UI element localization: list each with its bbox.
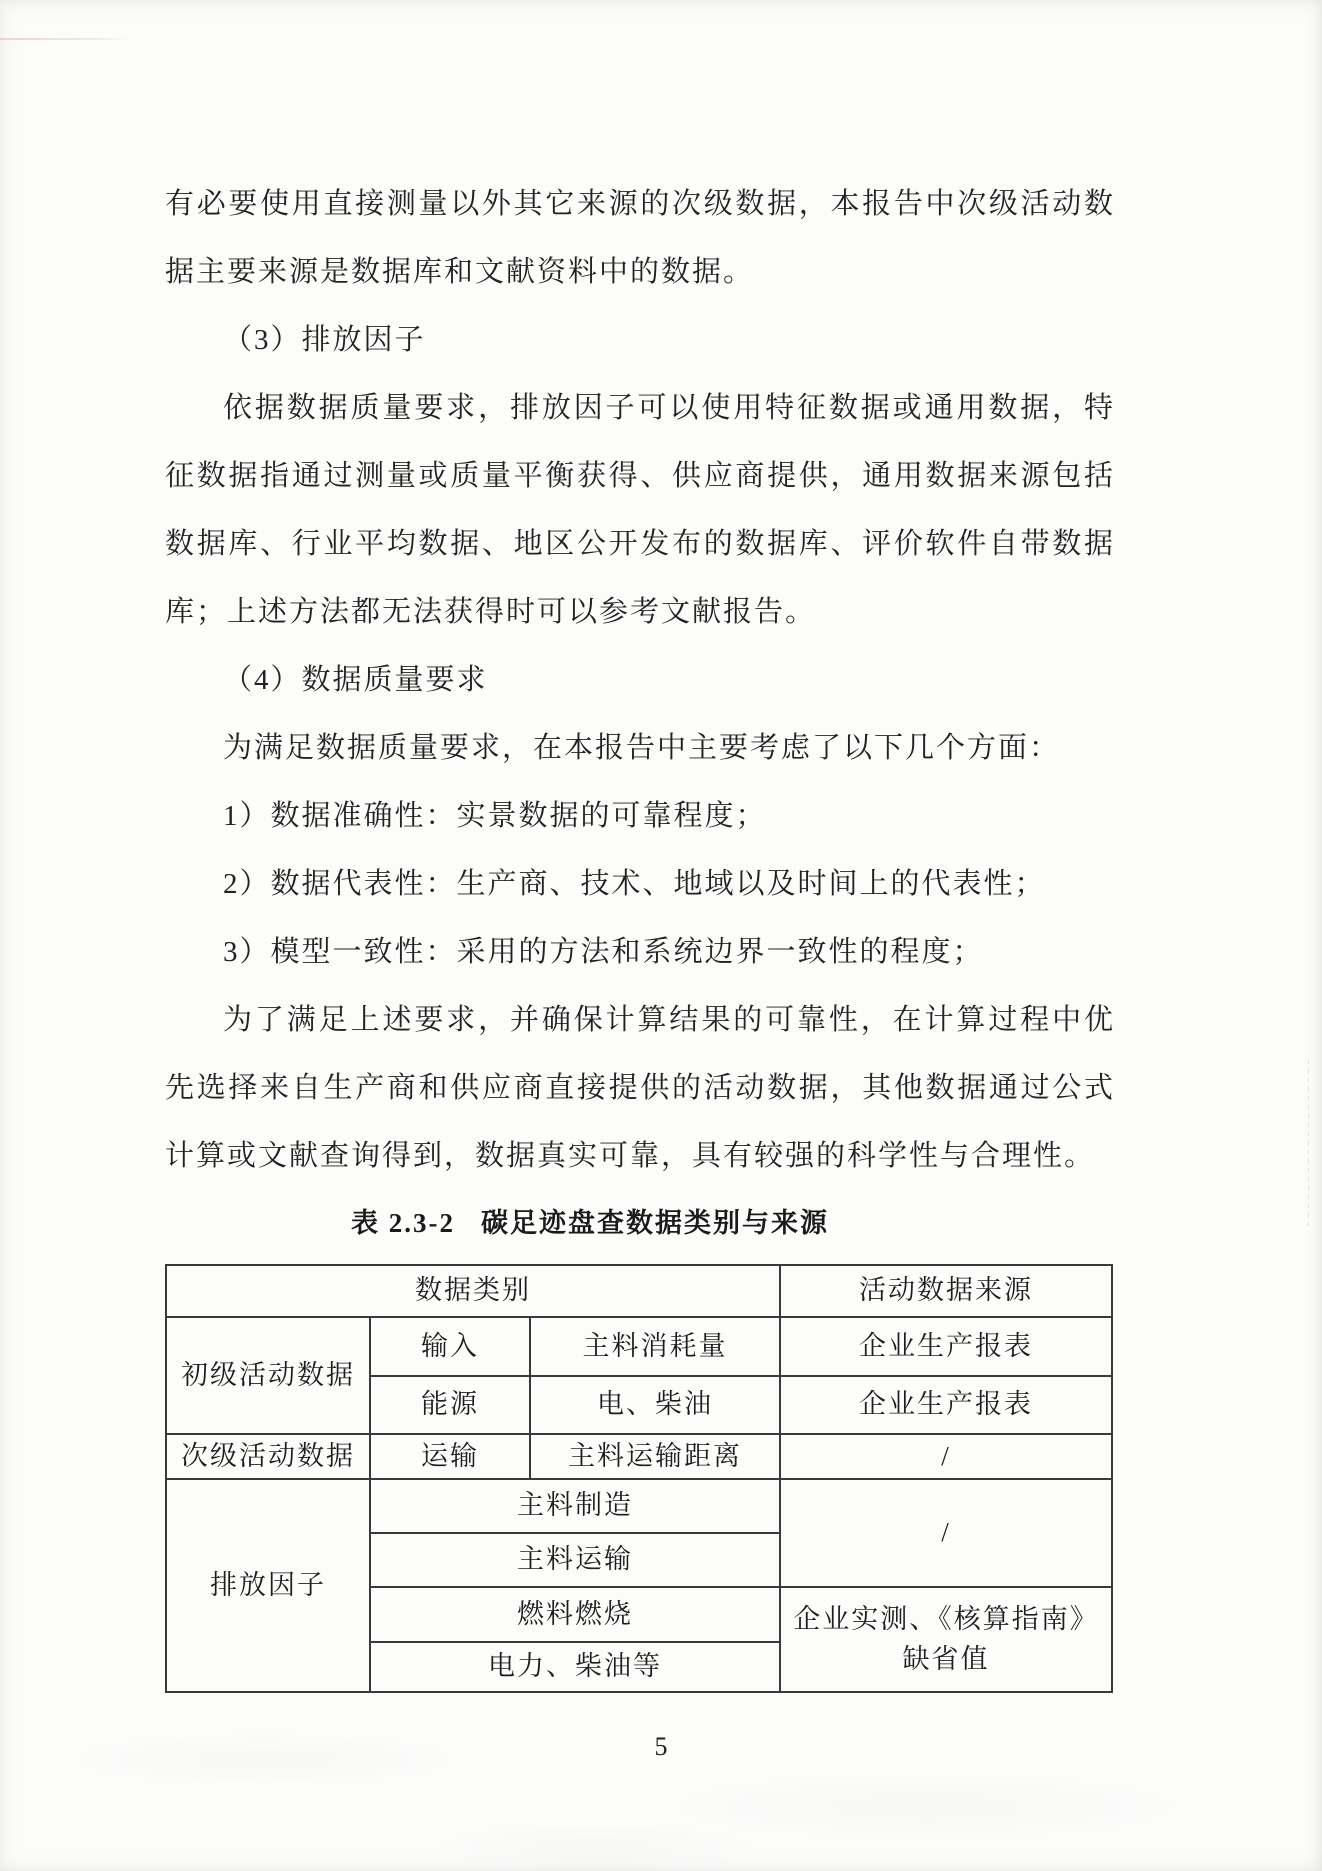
cell-secondary-activity-label: 次级活动数据 [166, 1434, 370, 1479]
scan-artifact-line [0, 38, 128, 40]
cell-transport-item: 主料运输距离 [530, 1434, 780, 1479]
cell-transport-label: 运输 [370, 1434, 530, 1479]
scan-artifact-dotted-line [1308, 1060, 1309, 1230]
section-heading-emission-factor: （3）排放因子 [165, 306, 1115, 374]
table-caption-title: 碳足迹盘查数据类别与来源 [481, 1208, 829, 1238]
cell-ef-manufacturing-transport-source: / [780, 1479, 1112, 1587]
cell-ef-fuel-combustion: 燃料燃烧 [370, 1587, 780, 1642]
cell-ef-main-manufacturing: 主料制造 [370, 1479, 780, 1533]
cell-energy-item: 电、柴油 [530, 1376, 780, 1434]
paragraph-secondary-data: 有必要使用直接测量以外其它来源的次级数据，本报告中次级活动数据主要来源是数据库和… [165, 170, 1115, 306]
cell-ef-electricity-diesel: 电力、柴油等 [370, 1642, 780, 1692]
table-row: 初级活动数据 输入 主料消耗量 企业生产报表 [166, 1317, 1112, 1376]
cell-input-source: 企业生产报表 [780, 1317, 1112, 1376]
cell-primary-activity-label: 初级活动数据 [166, 1317, 370, 1434]
table-row: 排放因子 主料制造 / [166, 1479, 1112, 1533]
document-page: 有必要使用直接测量以外其它来源的次级数据，本报告中次级活动数据主要来源是数据库和… [0, 0, 1322, 1871]
paragraph-emission-factor-detail: 依据数据质量要求，排放因子可以使用特征数据或通用数据，特征数据指通过测量或质量平… [165, 374, 1115, 646]
cell-emission-factor-label: 排放因子 [166, 1479, 370, 1692]
table-header-row: 数据类别 活动数据来源 [166, 1265, 1112, 1317]
carbon-footprint-data-table: 数据类别 活动数据来源 初级活动数据 输入 主料消耗量 企业生产报表 能源 电、… [165, 1264, 1113, 1693]
paragraph-data-selection: 为了满足上述要求，并确保计算结果的可靠性，在计算过程中优先选择来自生产商和供应商… [165, 986, 1115, 1190]
cell-energy-source: 企业生产报表 [780, 1376, 1112, 1434]
cell-input-label: 输入 [370, 1317, 530, 1376]
cell-transport-source: / [780, 1434, 1112, 1479]
section-heading-data-quality: （4）数据质量要求 [165, 646, 1115, 714]
cell-energy-label: 能源 [370, 1376, 530, 1434]
page-number: 5 [0, 1732, 1322, 1762]
header-cell-data-category: 数据类别 [166, 1265, 780, 1317]
header-cell-activity-source: 活动数据来源 [780, 1265, 1112, 1317]
table-row: 次级活动数据 运输 主料运输距离 / [166, 1434, 1112, 1479]
page-body: 有必要使用直接测量以外其它来源的次级数据，本报告中次级活动数据主要来源是数据库和… [165, 170, 1115, 1693]
list-item-model-consistency: 3）模型一致性：采用的方法和系统边界一致性的程度； [165, 918, 1115, 986]
list-item-accuracy: 1）数据准确性：实景数据的可靠程度； [165, 782, 1115, 850]
cell-ef-main-transport: 主料运输 [370, 1533, 780, 1587]
paragraph-data-quality-intro: 为满足数据质量要求，在本报告中主要考虑了以下几个方面： [165, 714, 1115, 782]
cell-input-item: 主料消耗量 [530, 1317, 780, 1376]
table-caption-number: 表 2.3-2 [351, 1208, 455, 1238]
table-caption: 表 2.3-2碳足迹盘查数据类别与来源 [165, 1202, 1115, 1244]
cell-ef-fuel-electricity-source: 企业实测、《核算指南》缺省值 [780, 1587, 1112, 1692]
list-item-representativeness: 2）数据代表性：生产商、技术、地域以及时间上的代表性； [165, 850, 1115, 918]
